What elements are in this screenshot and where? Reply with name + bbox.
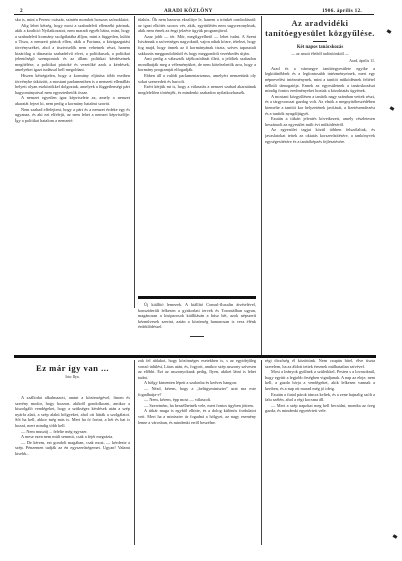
paragraph: Új kiállító lemezek. A kiállító Consul-f… bbox=[138, 302, 256, 330]
paragraph: Alig lehet kétség, hogy most a szabadelv… bbox=[15, 23, 130, 73]
paragraph: — Mert a szép napokat meg kell becsülni,… bbox=[265, 403, 375, 414]
column-divider bbox=[261, 16, 262, 356]
notice-article: Új kiállító lemezek. A kiállító Consul-f… bbox=[138, 302, 256, 339]
feuilleton-column-3: régi dicsőség él közöttünk. Nem csupán h… bbox=[265, 358, 375, 543]
paragraph: Arad és a vármegye tanítóegyesülete egyi… bbox=[265, 66, 375, 94]
paragraph: A mese ezen nem múlt semmit, csak a fejé… bbox=[15, 434, 130, 440]
column-1-article: ska is, mint a Ferenc császár, szintén m… bbox=[15, 17, 130, 357]
end-rule bbox=[190, 336, 204, 337]
scan-mark bbox=[393, 534, 398, 539]
newspaper-page: 2 ARADI KÖZLÖNY 1906. április 12. ska is… bbox=[0, 0, 402, 561]
feuilleton-headline: Ez már így van ... bbox=[15, 363, 130, 373]
paragraph: Hiszen kétségtelen, hogy a kormány eljár… bbox=[15, 73, 130, 95]
article-tagline: — az amott életből tudósítónktól — bbox=[265, 51, 375, 57]
paragraph: Az egyesület tagjai közül többen felszól… bbox=[265, 127, 375, 144]
feuilleton-column-2: zak fel ablakot, hogy közönséges esetekb… bbox=[138, 358, 256, 543]
article-headline: Az aradvidéki tanítóegyesület közgyűlése… bbox=[265, 19, 375, 39]
paragraph: Ezért kérjük mi is, hogy a választás a n… bbox=[138, 84, 256, 95]
paragraph: A mostani közgyűlésen a tanítók nagy szá… bbox=[265, 94, 375, 116]
scan-mark bbox=[387, 29, 392, 34]
paragraph: Ezután a fiatal párok táncra keltek, és … bbox=[265, 392, 375, 403]
paragraph: Nem szabad elfelejteni, hogy a párt és a… bbox=[15, 107, 130, 124]
paragraph: — De kérem, ezt gondolt magában, csak mo… bbox=[15, 440, 130, 457]
header-rule bbox=[14, 14, 374, 15]
feuilleton-column-1: A szállodai alkalmazott, amint a közönsé… bbox=[15, 395, 130, 545]
scan-mark bbox=[390, 106, 395, 111]
paragraph: Ami pedig a választók tájékozódását ille… bbox=[138, 56, 256, 73]
column-2-article: tűzhöz. Ők nem hamvas ekszlitye le, hane… bbox=[138, 17, 256, 292]
paragraph: Ebben áll a valódi parlamentarizmus, ame… bbox=[138, 73, 256, 84]
headline-rule bbox=[313, 41, 327, 42]
paragraph: zak fel ablakot, hogy közönséges esetekb… bbox=[138, 358, 256, 380]
paragraph: — Nézd, kérem, hogy a ,,belügyminiszter'… bbox=[138, 386, 256, 397]
paragraph: A szállodai alkalmazott, amint a közönsé… bbox=[15, 395, 130, 429]
paragraph: ska is, mint a Ferenc császár, szintén m… bbox=[15, 17, 130, 23]
column-divider bbox=[134, 16, 135, 308]
paragraph: A titkár maga is egyből elhitte, és a do… bbox=[138, 408, 256, 425]
column-3-article: Az aradvidéki tanítóegyesület közgyűlése… bbox=[265, 17, 375, 337]
paragraph: tűzhöz. Ők nem hamvas ekszlitye le, hane… bbox=[138, 17, 256, 34]
article-byline: Arad, április 11. bbox=[265, 58, 375, 64]
paragraph: régi dicsőség él közöttünk. Nem csupán h… bbox=[265, 358, 375, 369]
paragraph: Azaz jobb — tér. Mór, megfigyelhető — le… bbox=[138, 34, 256, 56]
column-divider bbox=[261, 360, 262, 545]
column-divider bbox=[134, 360, 135, 545]
feuilleton-byline: Irta: Ilya. bbox=[15, 375, 130, 379]
section-rule bbox=[138, 296, 256, 299]
paragraph: Most a leányok gyűlnek a szüleikkel, Pes… bbox=[265, 369, 375, 391]
paragraph: A nemzet egyetlen igaz képviselete az, a… bbox=[15, 95, 130, 106]
paragraph: Ezután a titkári jelentés következett, a… bbox=[265, 116, 375, 127]
